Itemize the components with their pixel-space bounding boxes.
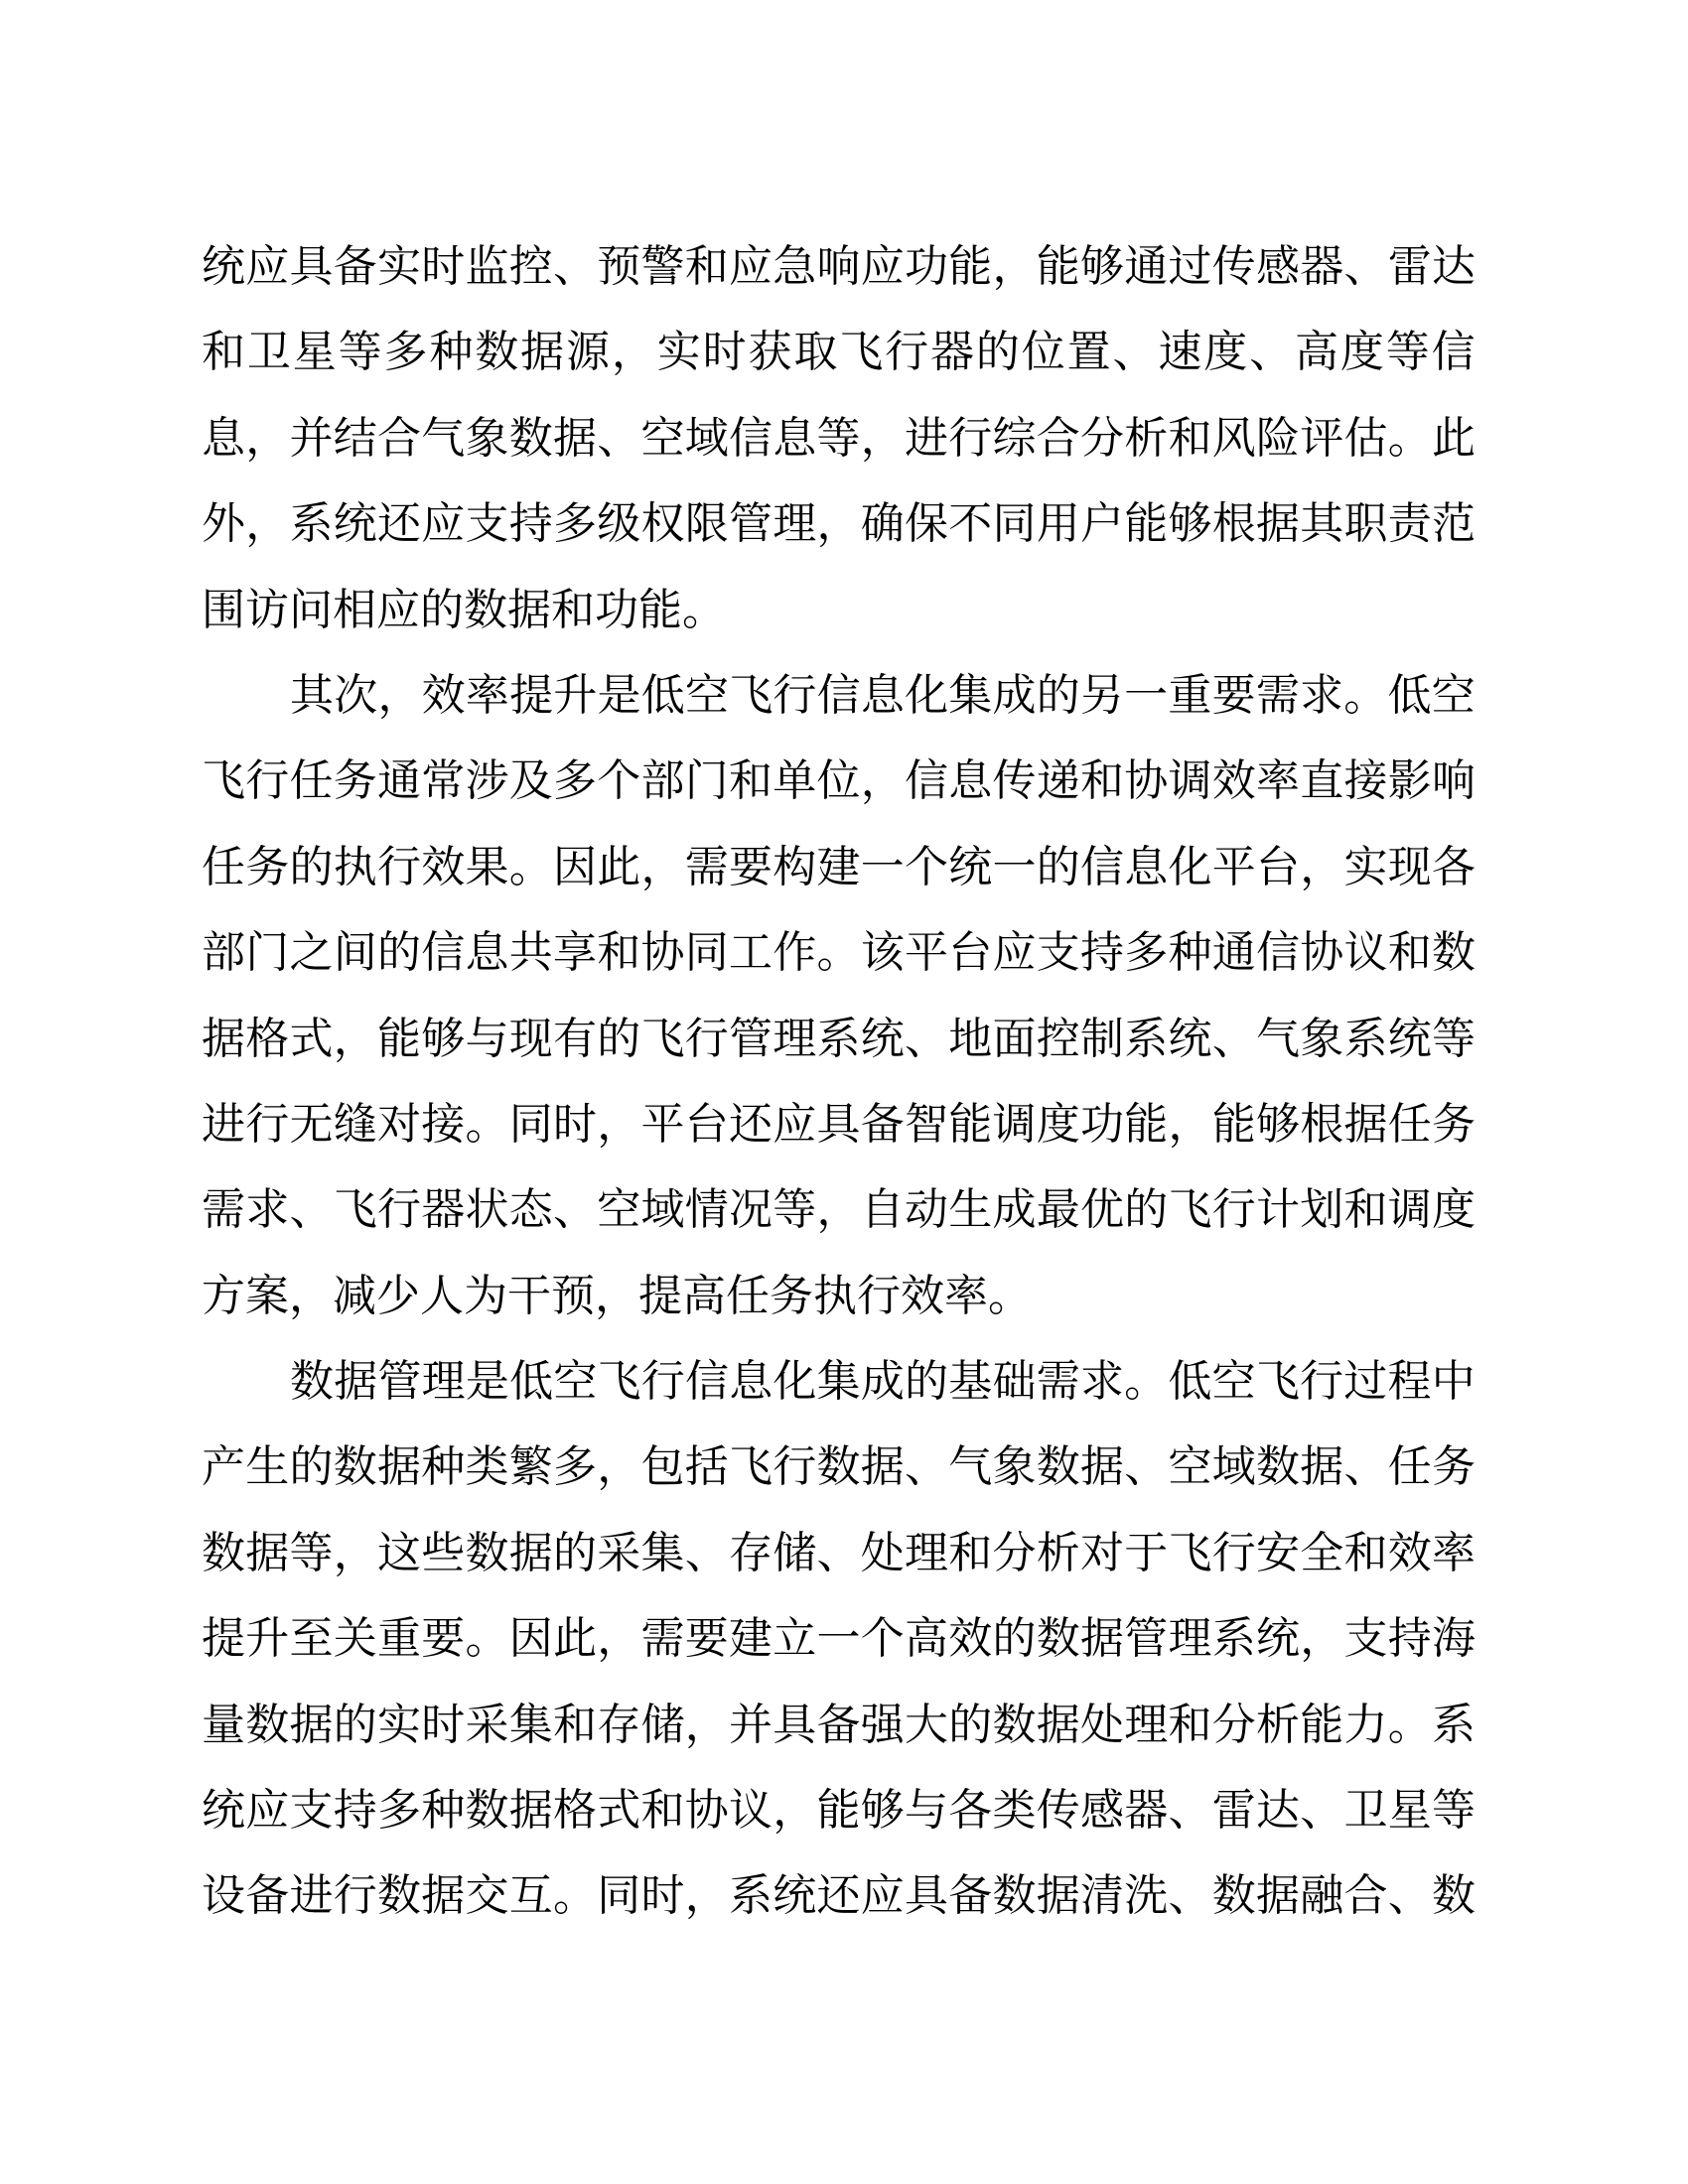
text-line: 设备进行数据交互。同时，系统还应具备数据清洗、数据融合、数 bbox=[202, 1867, 1476, 1953]
text-line: 数据管理是低空飞行信息化集成的基础需求。低空飞行过程中 bbox=[202, 1353, 1476, 1438]
text-line: 提升至关重要。因此，需要建立一个高效的数据管理系统，支持海 bbox=[202, 1610, 1476, 1696]
text-line: 方案，减少人为干预，提高任务执行效率。 bbox=[202, 1268, 1476, 1353]
text-line: 据格式，能够与现有的飞行管理系统、地面控制系统、气象系统等 bbox=[202, 1011, 1476, 1096]
text-line: 需求、飞行器状态、空域情况等，自动生成最优的飞行计划和调度 bbox=[202, 1181, 1476, 1267]
text-line: 产生的数据种类繁多，包括飞行数据、气象数据、空域数据、任务 bbox=[202, 1438, 1476, 1524]
text-line: 和卫星等多种数据源，实时获取飞行器的位置、速度、高度等信 bbox=[202, 324, 1476, 409]
text-line: 其次，效率提升是低空飞行信息化集成的另一重要需求。低空 bbox=[202, 667, 1476, 752]
text-line: 息，并结合气象数据、空域信息等，进行综合分析和风险评估。此 bbox=[202, 410, 1476, 495]
text-line: 统应支持多种数据格式和协议，能够与各类传感器、雷达、卫星等 bbox=[202, 1782, 1476, 1867]
paragraph-2: 其次，效率提升是低空飞行信息化集成的另一重要需求。低空 飞行任务通常涉及多个部门… bbox=[202, 667, 1476, 1353]
text-line: 围访问相应的数据和功能。 bbox=[202, 582, 1476, 667]
text-line: 量数据的实时采集和存储，并具备强大的数据处理和分析能力。系 bbox=[202, 1697, 1476, 1782]
text-line: 进行无缝对接。同时，平台还应具备智能调度功能，能够根据任务 bbox=[202, 1096, 1476, 1181]
paragraph-1: 统应具备实时监控、预警和应急响应功能，能够通过传感器、雷达 和卫星等多种数据源，… bbox=[202, 238, 1476, 667]
text-line: 部门之间的信息共享和协同工作。该平台应支持多种通信协议和数 bbox=[202, 924, 1476, 1010]
document-page: 统应具备实时监控、预警和应急响应功能，能够通过传感器、雷达 和卫星等多种数据源，… bbox=[202, 238, 1476, 1954]
text-line: 外，系统还应支持多级权限管理，确保不同用户能够根据其职责范 bbox=[202, 495, 1476, 581]
text-line: 统应具备实时监控、预警和应急响应功能，能够通过传感器、雷达 bbox=[202, 238, 1476, 324]
text-line: 数据等，这些数据的采集、存储、处理和分析对于飞行安全和效率 bbox=[202, 1525, 1476, 1610]
text-line: 任务的执行效果。因此，需要构建一个统一的信息化平台，实现各 bbox=[202, 839, 1476, 924]
paragraph-3: 数据管理是低空飞行信息化集成的基础需求。低空飞行过程中 产生的数据种类繁多，包括… bbox=[202, 1353, 1476, 1954]
text-line: 飞行任务通常涉及多个部门和单位，信息传递和协调效率直接影响 bbox=[202, 752, 1476, 838]
